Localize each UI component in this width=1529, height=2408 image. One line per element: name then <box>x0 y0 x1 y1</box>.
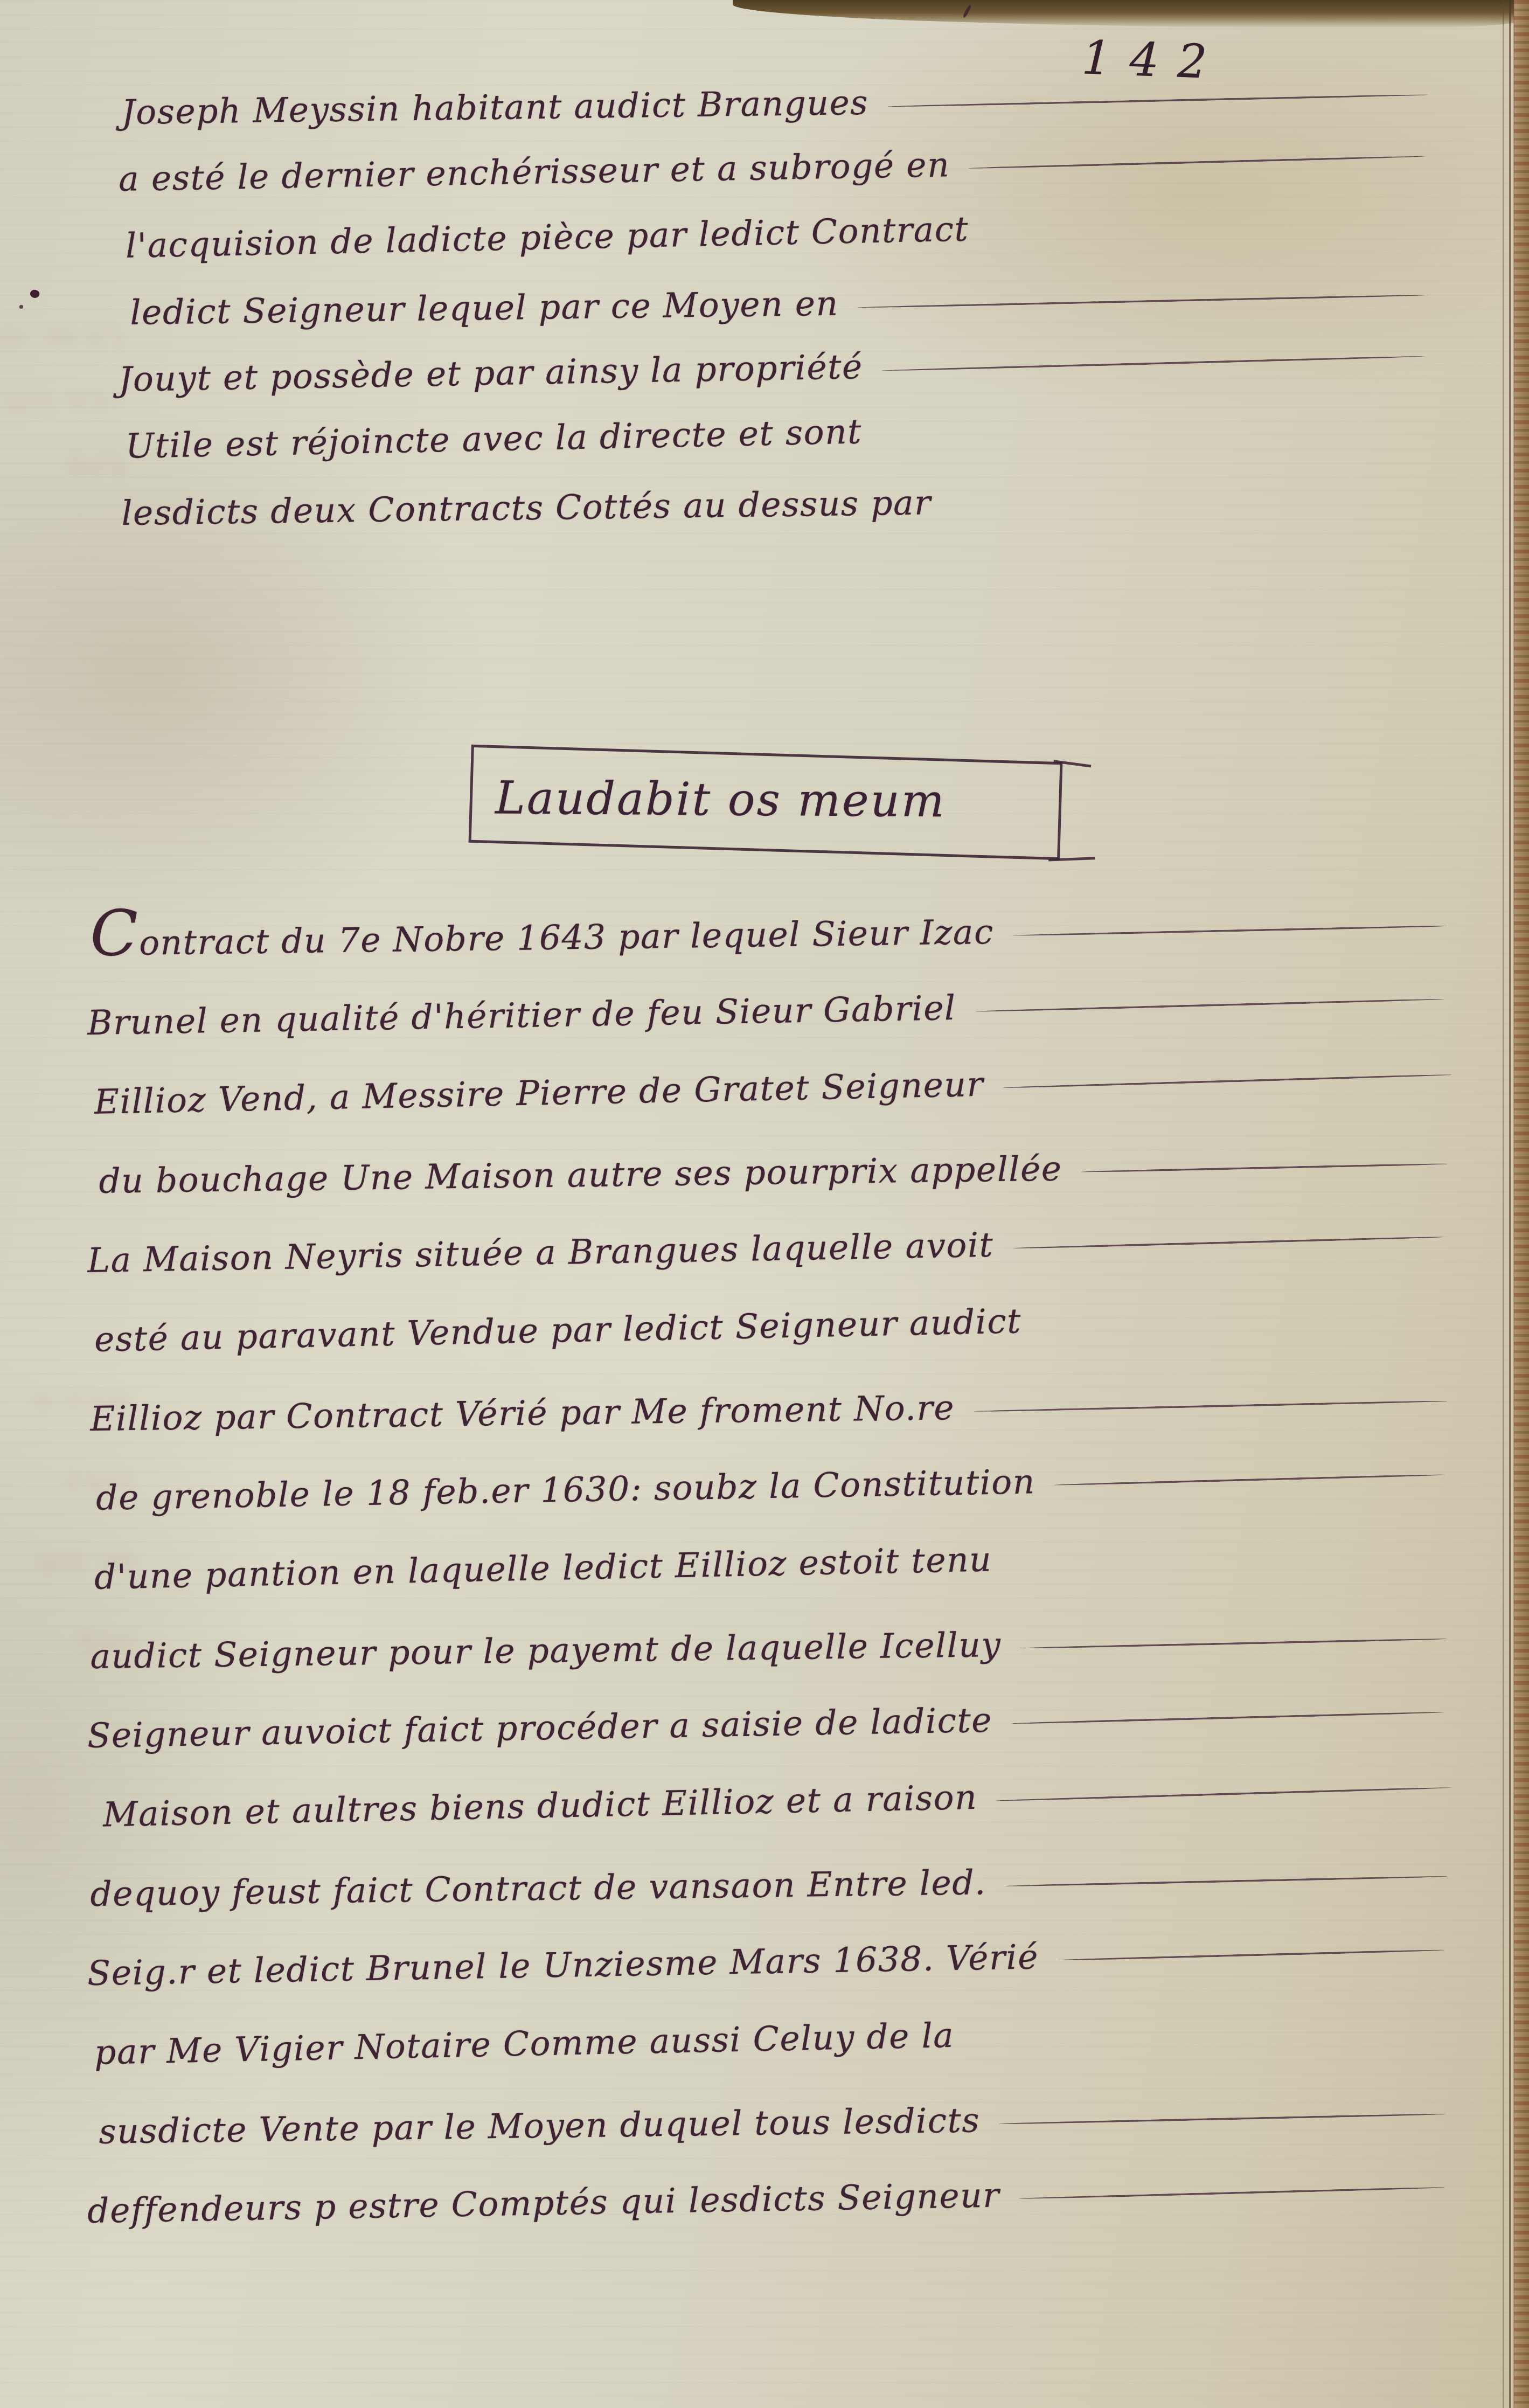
trailing-rule <box>1057 1949 1445 1961</box>
trailing-rule <box>1012 1236 1445 1250</box>
trailing-rule <box>1002 1074 1452 1089</box>
trailing-rule <box>1012 925 1448 936</box>
boxed-heading: Laudabit os meum <box>469 745 1063 860</box>
boxed-heading-title: Laudabit os meum <box>495 772 946 828</box>
trailing-rule <box>1081 1163 1448 1173</box>
trailing-rule <box>1005 1875 1448 1887</box>
paragraph-contract: Contract du 7e Nobre 1643 par lequel Sie… <box>91 888 1462 2234</box>
page-fold-line <box>1509 0 1511 2408</box>
trailing-rule <box>1019 1638 1448 1649</box>
bleedthrough-smudge: ꞅꝯ ɵꞇ ɯʋ ʋɕɵ ꞃɯ ɕʋɵ <box>0 300 126 497</box>
trailing-rule <box>887 94 1428 108</box>
photo-background-edge <box>733 0 1529 28</box>
trailing-rule <box>1054 1474 1445 1486</box>
ink-spot <box>29 289 40 300</box>
trailing-rule <box>975 998 1445 1012</box>
trailing-rule <box>998 2113 1448 2125</box>
page-fold-line <box>1513 0 1514 2408</box>
trailing-rule <box>1018 2187 1445 2200</box>
trailing-rule <box>973 1400 1448 1412</box>
manuscript-line-text: lesdicts deux Contracts Cottés au dessus… <box>121 485 932 537</box>
trailing-rule <box>881 355 1426 371</box>
book-fore-edge <box>1514 0 1529 2408</box>
page-fold-line <box>1503 0 1504 2408</box>
paragraph-top: Joseph Meyssin habitant audict Branguesa… <box>122 69 1443 537</box>
manuscript-page: ꞅꝯ ɵꞇ ɯʋ ʋɕɵ ꞃɯ ɕʋɵ ɯɕʋ ɵ ꞃɯʋ ɵɕ ʋɯ ʋɵꞃ … <box>0 0 1529 2408</box>
trailing-rule <box>996 1787 1451 1802</box>
trailing-rule <box>1011 1711 1445 1725</box>
trailing-rule <box>857 294 1429 309</box>
manuscript-line-text: deffendeurs p estre Comptés qui lesdicts… <box>87 2177 1000 2234</box>
trailing-rule <box>968 155 1426 169</box>
